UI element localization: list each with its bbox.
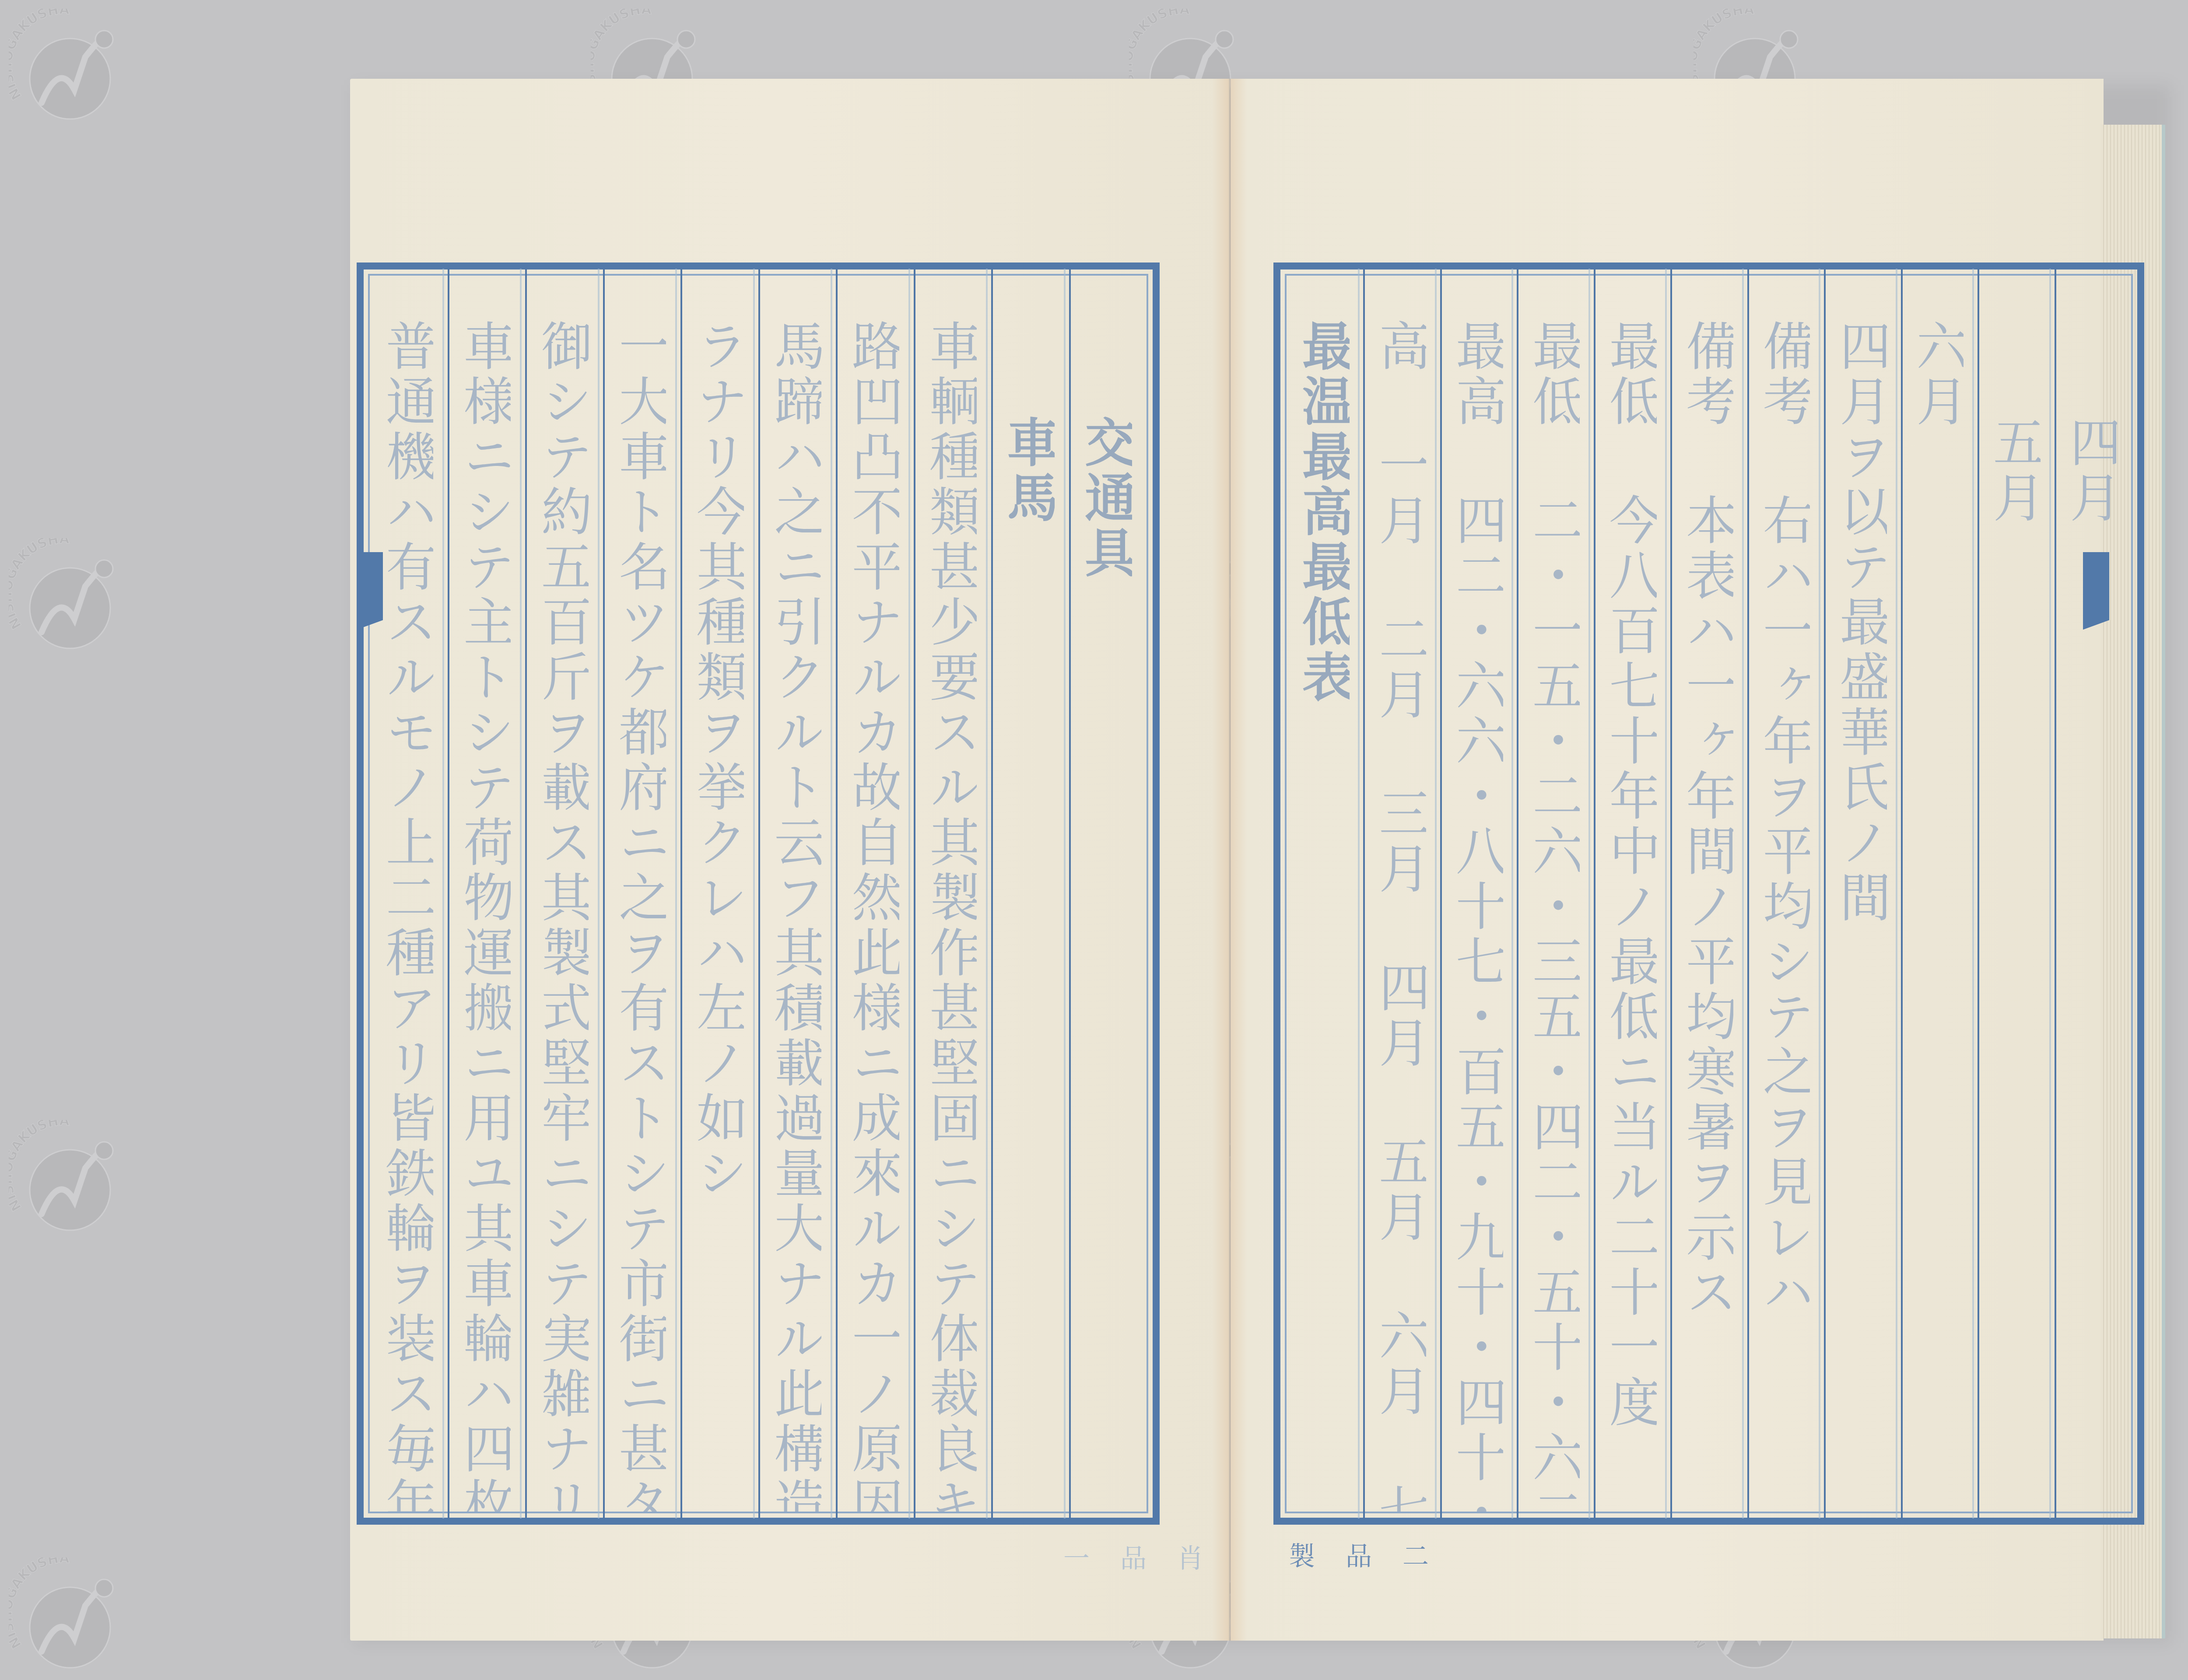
column-rule xyxy=(448,269,449,1519)
text-column: 最低 二・一五・二六・三五・四二・五十・六二 xyxy=(1528,319,1580,1512)
text-column: 普通機ハ有スルモノ上二種アリ皆鉄輪ヲ装ス毎年一輌ツ製造ス xyxy=(382,319,433,1512)
folio-char: 製 xyxy=(1289,1541,1346,1572)
column-rule xyxy=(2055,269,2056,1519)
text-column: 交通具 xyxy=(1080,416,1132,581)
text-column: 車馬 xyxy=(1003,416,1055,526)
text-column: 最低 今八百七十年中ノ最低ニ当ル二十一度 xyxy=(1605,319,1657,1431)
left-page-folio: 一品肖 xyxy=(1063,1538,1234,1575)
folio-char: 肖 xyxy=(1177,1543,1234,1574)
column-rule xyxy=(680,269,682,1519)
column-rule xyxy=(1440,269,1442,1519)
text-column: 最温最高最低表 xyxy=(1298,319,1350,705)
column-rule xyxy=(1901,269,1903,1519)
text-column: 六月 xyxy=(1912,319,1964,430)
left-fishtail-tab xyxy=(357,552,383,613)
nishogakusha-watermark-icon: NISHOGAKUSHA xyxy=(9,538,123,652)
column-rule xyxy=(525,269,527,1519)
text-column: 四月ヲ以テ最盛華氏ノ間 xyxy=(1835,319,1887,926)
right-page-folio: 製品二 xyxy=(1289,1536,1459,1573)
text-column: 五月 xyxy=(1989,416,2041,526)
column-rule xyxy=(1069,269,1071,1519)
column-rule xyxy=(1824,269,1826,1519)
text-column: 路凹凸不平ナルカ故自然此様ニ成來ルカ一ノ原因ナルベシ且 xyxy=(848,319,899,1512)
column-rule xyxy=(1670,269,1672,1519)
folio-char: 品 xyxy=(1120,1543,1177,1574)
column-rule xyxy=(914,269,915,1519)
column-rule xyxy=(991,269,993,1519)
text-column: 車様ニシテ主トシテ荷物運搬ニ用ユ其車輪ハ四枚状ヲナス xyxy=(459,319,511,1512)
text-column: 御シテ約五百斤ヲ載ス其製式堅牢ニシテ実雑ナリ我国ニ於ル大八 xyxy=(537,319,589,1512)
folio-char: 一 xyxy=(1063,1543,1120,1574)
text-column: 車輌種類甚少要スル其製作甚堅固ニシテ体裁良キス之道 xyxy=(925,319,977,1512)
text-column: 高 一月 二月 三月 四月 五月 六月 七月 八月 九月 十月 十一月 xyxy=(1375,319,1426,1512)
column-rule xyxy=(758,269,760,1519)
text-column: 備考 右ハ一ヶ年ヲ平均シテ之ヲ見レハ xyxy=(1758,319,1810,1320)
nishogakusha-watermark-icon: NISHOGAKUSHA xyxy=(9,9,123,122)
text-column: 一大車ト名ツケ都府ニ之ヲ有ストシテ市街ニ甚タ多シ四 xyxy=(614,319,666,1512)
column-rule xyxy=(1594,269,1595,1519)
text-column: 馬蹄ハ之ニ引クルト云フ其積載過量大ナル此構造ヲ用ユ xyxy=(770,319,821,1512)
column-rule xyxy=(1978,269,1979,1519)
nishogakusha-watermark-icon: NISHOGAKUSHA xyxy=(9,1557,123,1671)
text-column: 四月 xyxy=(2065,416,2117,526)
text-column: ラナリ今其種類ヲ挙クレハ左ノ如シ xyxy=(692,319,744,1201)
column-rule xyxy=(603,269,605,1519)
column-rule xyxy=(1747,269,1749,1519)
right-fishtail-tab xyxy=(2083,552,2109,613)
nishogakusha-watermark-icon: NISHOGAKUSHA xyxy=(9,1120,123,1234)
folio-char: 品 xyxy=(1346,1541,1403,1572)
text-column: 備考 本表ハ一ヶ年間ノ平均寒暑ヲ示ス xyxy=(1682,319,1733,1320)
book-gutter xyxy=(1212,79,1247,1641)
text-column: 最高 四二・六六・八十七・百五・九十・四十・二十五 xyxy=(1452,319,1503,1512)
folio-char: 二 xyxy=(1403,1541,1459,1572)
column-rule xyxy=(1363,269,1365,1519)
column-rule xyxy=(836,269,838,1519)
column-rule xyxy=(1517,269,1518,1519)
